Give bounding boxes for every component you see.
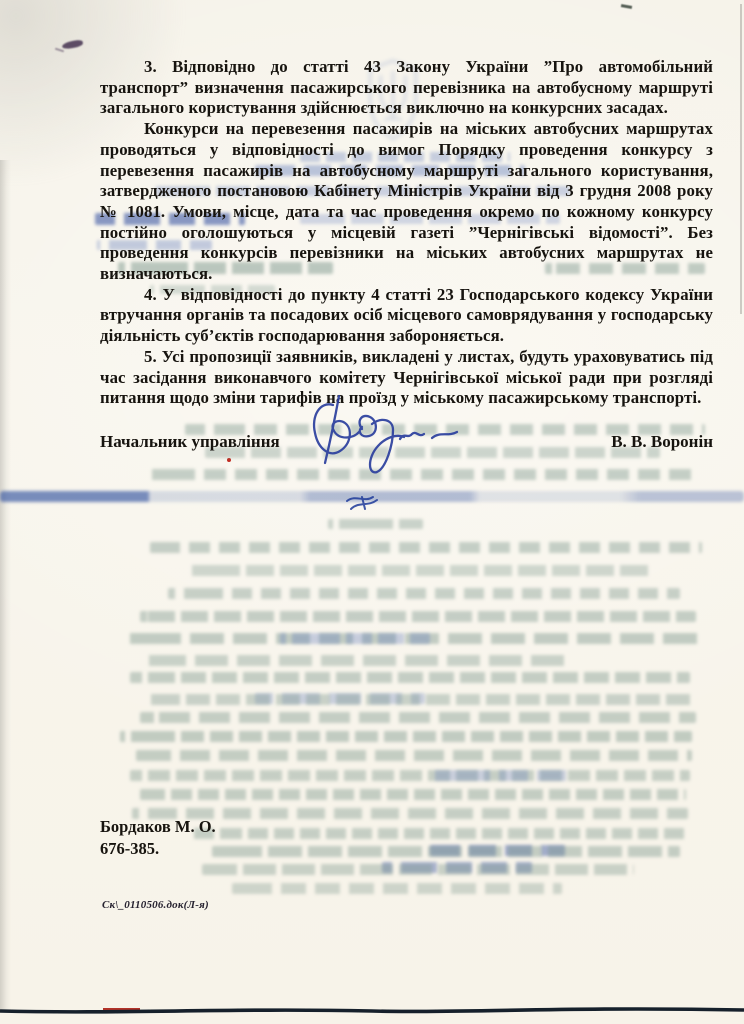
bleed-through-line <box>150 469 698 480</box>
bleed-through-line <box>190 565 652 576</box>
bleed-through-line <box>168 588 680 599</box>
bleed-through-line <box>140 611 696 622</box>
bleed-through-line <box>150 542 702 553</box>
bleed-through-line <box>130 672 690 683</box>
bleed-through-line <box>280 633 430 644</box>
bleed-through-line <box>212 846 680 857</box>
signatory-title: Начальник управління <box>100 432 280 452</box>
signature-row: Начальник управління В. В. Воронін <box>100 432 713 452</box>
bleed-through-line <box>140 712 696 723</box>
bleed-through-line <box>328 519 423 529</box>
bleed-through-line <box>130 770 690 781</box>
bleed-through-line <box>150 694 695 705</box>
bleed-through-line <box>192 828 688 839</box>
bleed-through-line <box>146 655 570 666</box>
paragraph-5: 5. Усі пропозиції заявників, викладені у… <box>100 347 713 409</box>
paragraph-competitions: Конкурси на перевезення пасажирів на міс… <box>100 119 713 285</box>
bleed-through-line <box>232 883 562 894</box>
contact-phone: 676-385. <box>100 838 216 860</box>
paragraph-3: 3. Відповідно до статті 43 Закону Україн… <box>100 57 713 119</box>
bleed-through-line <box>202 864 634 875</box>
bleed-through-line <box>136 750 692 761</box>
contact-name: Бордаков М. О. <box>100 816 216 838</box>
paragraph-4: 4. У відповідності до пункту 4 статті 23… <box>100 285 713 347</box>
signatory-name: В. В. Воронін <box>611 432 713 452</box>
bleed-through-line <box>430 770 570 781</box>
file-reference: Ск\_0110506.док(Л-я) <box>102 899 209 911</box>
executor-contact: Бордаков М. О. 676-385. <box>100 816 216 860</box>
scanned-letter-page: 3. Відповідно до статті 43 Закону Україн… <box>0 0 744 1024</box>
bleed-through-blue-band <box>0 491 744 502</box>
bleed-through-line <box>120 731 692 742</box>
letter-body: 3. Відповідно до статті 43 Закону Україн… <box>100 57 713 409</box>
bleed-through-line <box>140 789 686 800</box>
